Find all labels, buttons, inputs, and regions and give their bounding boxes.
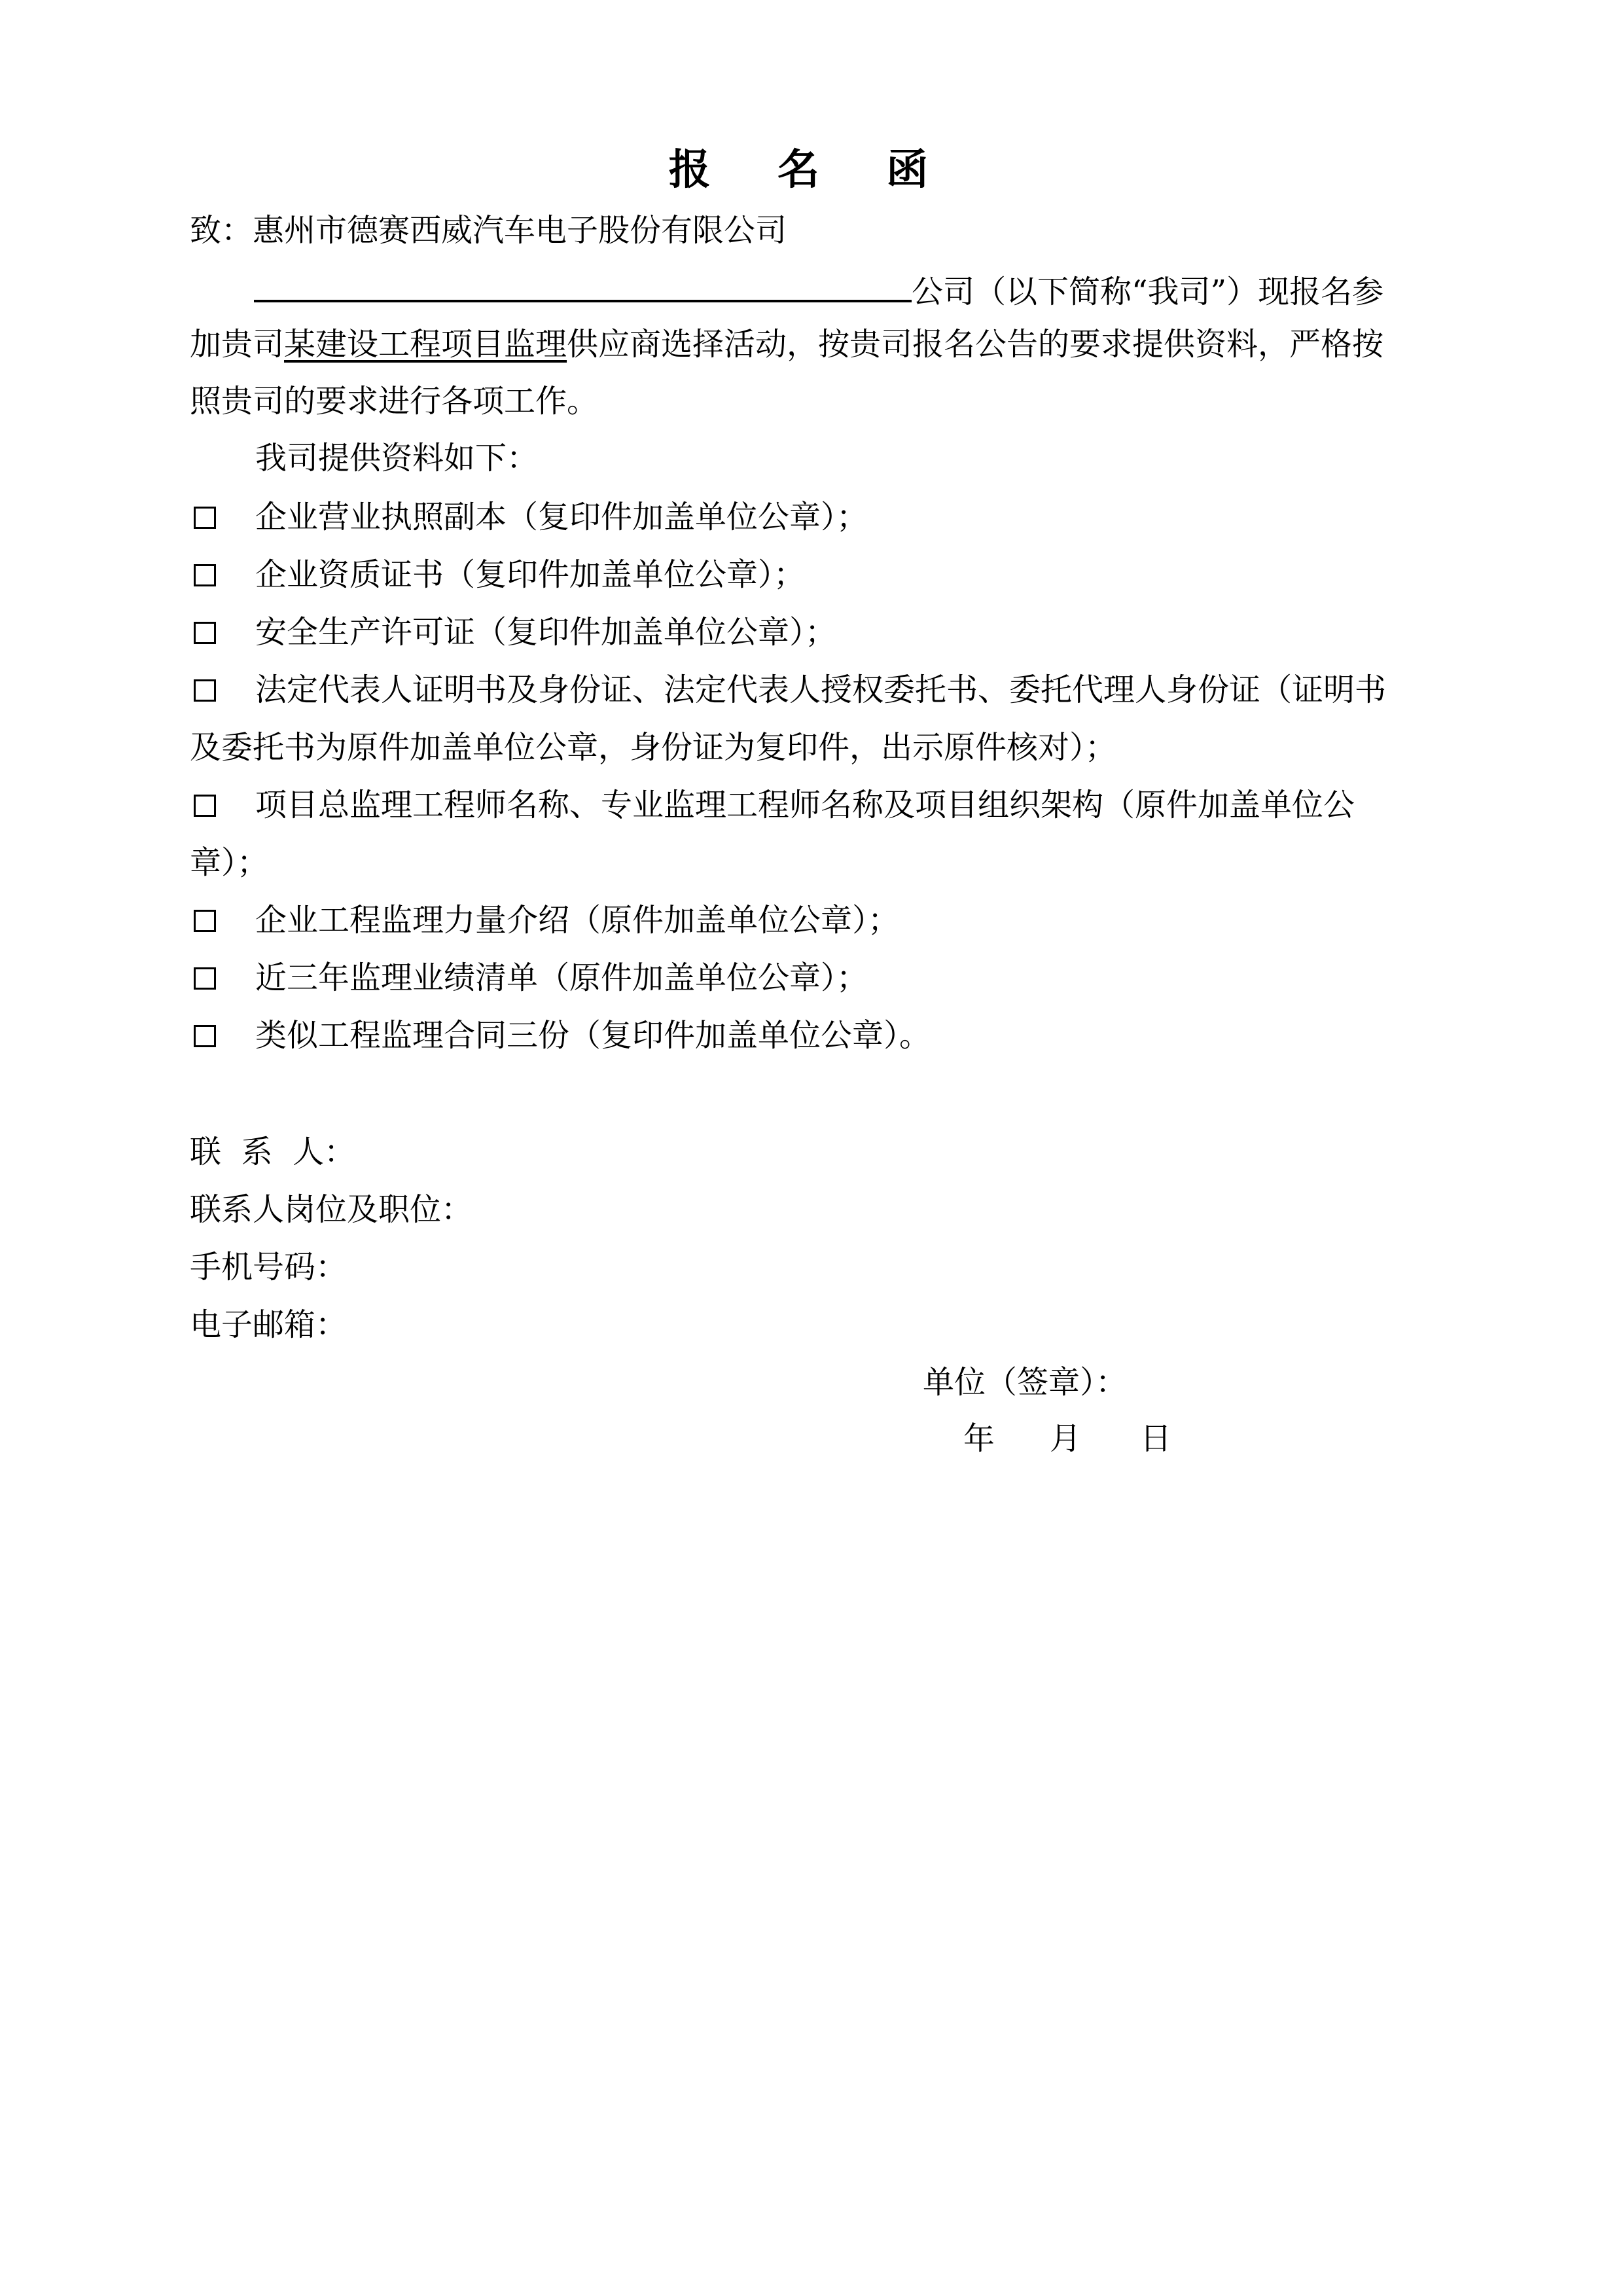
intro-line-2: 加贵司某建设工程项目监理供应商选择活动，按贵司报名公告的要求提供资料，严格按 — [190, 325, 1383, 364]
checkbox[interactable] — [194, 622, 216, 644]
contact-email-label: 电子邮箱： — [190, 1305, 347, 1344]
material-item: 企业工程监理力量介绍（原件加盖单位公章）； — [190, 901, 899, 940]
intro-text: 供应商选择活动，按贵司报名公告的要求提供资料，严格按 — [567, 326, 1383, 363]
project-name: 某建设工程项目监理 — [284, 326, 567, 363]
signature-year: 年 — [963, 1419, 995, 1458]
checkbox[interactable] — [194, 967, 216, 990]
recipient-line: 致：惠州市德赛西威汽车电子股份有限公司 — [190, 211, 787, 250]
material-item-continued: 章）； — [190, 843, 268, 882]
document-title: 报 名 函 — [0, 144, 1623, 196]
material-label: 安全生产许可证（复印件加盖单位公章）； — [255, 614, 836, 651]
materials-heading: 我司提供资料如下： — [190, 439, 538, 478]
material-item: 安全生产许可证（复印件加盖单位公章）； — [190, 613, 836, 652]
material-item-continued: 及委托书为原件加盖单位公章，身份证为复印件，出示原件核对）； — [190, 728, 1116, 767]
material-label: 企业工程监理力量介绍（原件加盖单位公章）； — [255, 902, 899, 939]
signature-day: 日 — [1140, 1419, 1171, 1458]
material-label: 企业资质证书（复印件加盖单位公章）； — [255, 556, 805, 593]
signature-month: 月 — [1050, 1419, 1081, 1458]
material-label: 类似工程监理合同三份（复印件加盖单位公章）。 — [255, 1017, 931, 1054]
material-item: 企业资质证书（复印件加盖单位公章）； — [190, 555, 805, 594]
intro-line-3: 照贵司的要求进行各项工作。 — [190, 382, 598, 421]
material-label: 企业营业执照副本（复印件加盖单位公章）； — [255, 499, 868, 535]
contact-person-label: 联 系 人： — [190, 1132, 355, 1172]
company-name-blank[interactable] — [254, 267, 912, 302]
material-item: 近三年监理业绩清单（原件加盖单位公章）； — [190, 958, 868, 997]
contact-phone-label: 手机号码： — [190, 1247, 347, 1287]
checkbox[interactable] — [194, 910, 216, 932]
checkbox[interactable] — [194, 795, 216, 817]
checkbox[interactable] — [194, 507, 216, 529]
material-label: 近三年监理业绩清单（原件加盖单位公章）； — [255, 960, 868, 996]
checkbox[interactable] — [194, 564, 216, 586]
material-item: 项目总监理工程师名称、专业监理工程师名称及项目组织架构（原件加盖单位公 — [190, 785, 1355, 825]
checkbox[interactable] — [194, 679, 216, 702]
intro-after-blank: 公司（以下简称“我司”）现报名参 — [912, 274, 1383, 310]
material-label: 法定代表人证明书及身份证、法定代表人授权委托书、委托代理人身份证（证明书 — [255, 672, 1386, 708]
intro-text: 加贵司 — [190, 326, 284, 363]
material-item: 企业营业执照副本（复印件加盖单位公章）； — [190, 497, 868, 537]
signature-unit-label: 单位（签章）： — [923, 1363, 1127, 1402]
material-item: 类似工程监理合同三份（复印件加盖单位公章）。 — [190, 1016, 931, 1055]
checkbox[interactable] — [194, 1025, 216, 1047]
material-label: 项目总监理工程师名称、专业监理工程师名称及项目组织架构（原件加盖单位公 — [255, 787, 1355, 823]
material-item: 法定代表人证明书及身份证、法定代表人授权委托书、委托代理人身份证（证明书 — [190, 670, 1386, 709]
contact-position-label: 联系人岗位及职位： — [190, 1190, 473, 1229]
intro-line-1: 公司（以下简称“我司”）现报名参 — [190, 267, 1383, 312]
